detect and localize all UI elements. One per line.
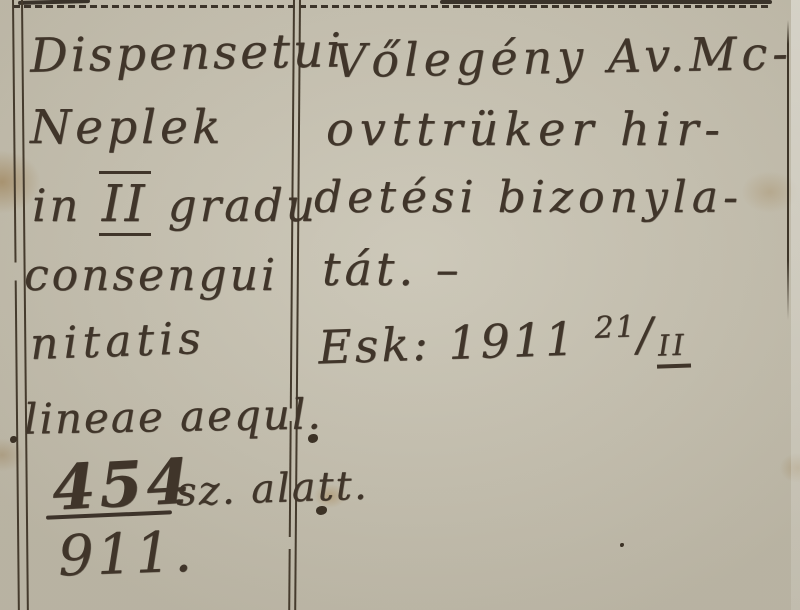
handwritten-line-certificate-3: tát. – [322, 242, 463, 296]
ink-speck [620, 543, 624, 547]
handwritten-line-name: Neplek [30, 100, 224, 155]
ink-speck [316, 506, 327, 515]
roman-numeral-two: II [99, 171, 151, 236]
ink-speck [308, 434, 318, 443]
column-rule-middle-inner [294, 0, 301, 610]
handwritten-line-consanguinity-2: nitatis [29, 313, 206, 370]
wedding-month-roman: II [655, 328, 691, 369]
handwritten-reference-denominator: 911. [57, 520, 196, 590]
handwritten-line-groom: Vőlegény Av.Mc- [333, 26, 794, 88]
column-rule-left-inner [21, 0, 29, 610]
handwritten-line-dispensetur: Dispensetui [30, 23, 345, 83]
handwritten-line-consanguinity-1: consengui [24, 250, 278, 301]
handwritten-line-certificate-2: detési bizonyla- [314, 172, 743, 223]
handwritten-line-lineae: lineae aequl. [24, 389, 323, 443]
wedding-day: 21 [594, 309, 637, 345]
scan-edge-strip [791, 0, 800, 610]
handwritten-reference-label: sz. alatt. [175, 463, 369, 516]
grade-suffix: gradu [151, 179, 318, 232]
scanned-register-page: Dispensetui Neplek in II gradu consengui… [0, 0, 800, 610]
handwritten-line-grade: in II gradu [32, 174, 318, 233]
wedding-date-prefix: Esk: 1911 [317, 311, 596, 375]
wedding-date-slash: / [636, 307, 656, 362]
scan-edge-mark-right [440, 0, 772, 4]
handwritten-line-certificate-1: ovttrüker hir- [326, 102, 726, 156]
grade-prefix: in [32, 179, 99, 232]
dotted-rule-top [13, 5, 771, 8]
column-rule-left-outer [12, 0, 20, 610]
handwritten-line-wedding-date: Esk: 1911 21/II [317, 306, 691, 375]
